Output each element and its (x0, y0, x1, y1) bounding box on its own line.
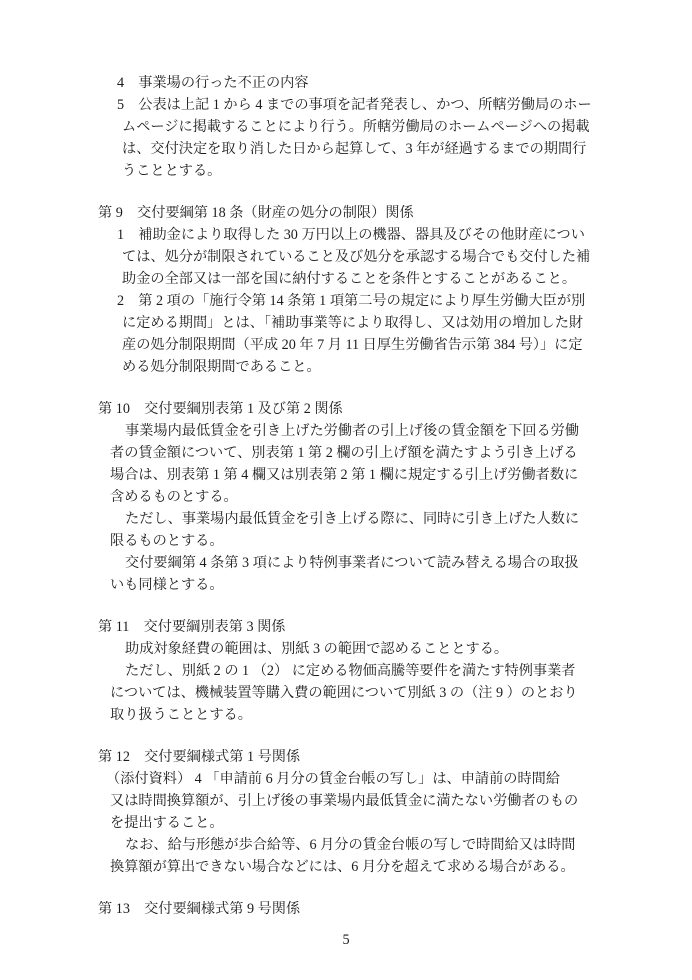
text-line: 5 公表は上記 1 から 4 までの事項を記者発表し、かつ、所轄労働局のホー (98, 94, 603, 116)
section-13: 第 13 交付要綱様式第 9 号関係 (98, 898, 603, 920)
text-line: 取り扱うこととする。 (98, 704, 603, 726)
text-line: 含めるものとする。 (98, 486, 603, 508)
text-line: 助金の全部又は一部を国に納付することを条件とすることがあること。 (98, 268, 603, 290)
text-line: 4 事業場の行った不正の内容 (98, 72, 603, 94)
section-heading: 第 9 交付要綱第 18 条（財産の処分の制限）関係 (98, 202, 603, 224)
section-11: 第 11 交付要綱別表第 3 関係助成対象経費の範囲は、別紙 3 の範囲で認める… (98, 616, 603, 726)
text-line: いも同様とする。 (98, 574, 603, 596)
section-10: 第 10 交付要綱別表第 1 及び第 2 関係事業場内最低賃金を引き上げた労働者… (98, 398, 603, 596)
text-line: に定める期間」とは、「補助事業等により取得し、又は効用の増加した財 (98, 312, 603, 334)
text-line: 者の賃金額について、別表第 1 第 2 欄の引上げ額を満たすよう引き上げる (98, 442, 603, 464)
text-line: は、交付決定を取り消した日から起算して、3 年が経過するまでの期間行 (98, 138, 603, 160)
text-line: 限るものとする。 (98, 530, 603, 552)
page-number: 5 (0, 929, 692, 951)
text-line: 助成対象経費の範囲は、別紙 3 の範囲で認めることとする。 (98, 638, 603, 660)
list-continuation: 4 事業場の行った不正の内容5 公表は上記 1 から 4 までの事項を記者発表し… (98, 72, 603, 182)
text-line: うこととする。 (98, 160, 603, 182)
section-heading: 第 12 交付要綱様式第 1 号関係 (98, 746, 603, 768)
text-line: 交付要綱第 4 条第 3 項により特例事業者について読み替える場合の取扱 (98, 552, 603, 574)
section-9: 第 9 交付要綱第 18 条（財産の処分の制限）関係1 補助金により取得した 3… (98, 202, 603, 378)
text-line: 事業場内最低賃金を引き上げた労働者の引上げ後の賃金額を下回る労働 (98, 420, 603, 442)
document-page: 4 事業場の行った不正の内容5 公表は上記 1 から 4 までの事項を記者発表し… (0, 0, 692, 980)
text-line: める処分制限期間であること。 (98, 356, 603, 378)
text-line: を提出すること。 (98, 812, 603, 834)
text-line: （添付資料） 4 「申請前 6 月分の賃金台帳の写し」は、申請前の時間給 (98, 768, 603, 790)
text-line: ては、処分が制限されていること及び処分を承認する場合でも交付した補 (98, 246, 603, 268)
text-line: 又は時間換算額が、引上げ後の事業場内最低賃金に満たない労働者のもの (98, 790, 603, 812)
text-line: 2 第 2 項の「施行令第 14 条第 1 項第二号の規定により厚生労働大臣が別 (98, 290, 603, 312)
text-line: 場合は、別表第 1 第 4 欄又は別表第 2 第 1 欄に規定する引上げ労働者数… (98, 464, 603, 486)
section-heading: 第 13 交付要綱様式第 9 号関係 (98, 898, 603, 920)
text-line: ただし、事業場内最低賃金を引き上げる際に、同時に引き上げた人数に (98, 508, 603, 530)
text-line: ただし、別紙 2 の 1 （2） に定める物価高騰等要件を満たす特例事業者 (98, 660, 603, 682)
document-content: 4 事業場の行った不正の内容5 公表は上記 1 から 4 までの事項を記者発表し… (98, 72, 603, 940)
section-12: 第 12 交付要綱様式第 1 号関係（添付資料） 4 「申請前 6 月分の賃金台… (98, 746, 603, 878)
text-line: なお、給与形態が歩合給等、6 月分の賃金台帳の写しで時間給又は時間 (98, 834, 603, 856)
section-heading: 第 11 交付要綱別表第 3 関係 (98, 616, 603, 638)
text-line: については、機械装置等購入費の範囲について別紙 3 の（注 9 ）のとおり (98, 682, 603, 704)
text-line: 換算額が算出できない場合などには、6 月分を超えて求める場合がある。 (98, 856, 603, 878)
text-line: ムページに掲載することにより行う。所轄労働局のホームページへの掲載 (98, 116, 603, 138)
text-line: 1 補助金により取得した 30 万円以上の機器、器具及びその他財産につい (98, 224, 603, 246)
text-line: 産の処分制限期間（平成 20 年 7 月 11 日厚生労働省告示第 384 号）… (98, 334, 603, 356)
section-heading: 第 10 交付要綱別表第 1 及び第 2 関係 (98, 398, 603, 420)
